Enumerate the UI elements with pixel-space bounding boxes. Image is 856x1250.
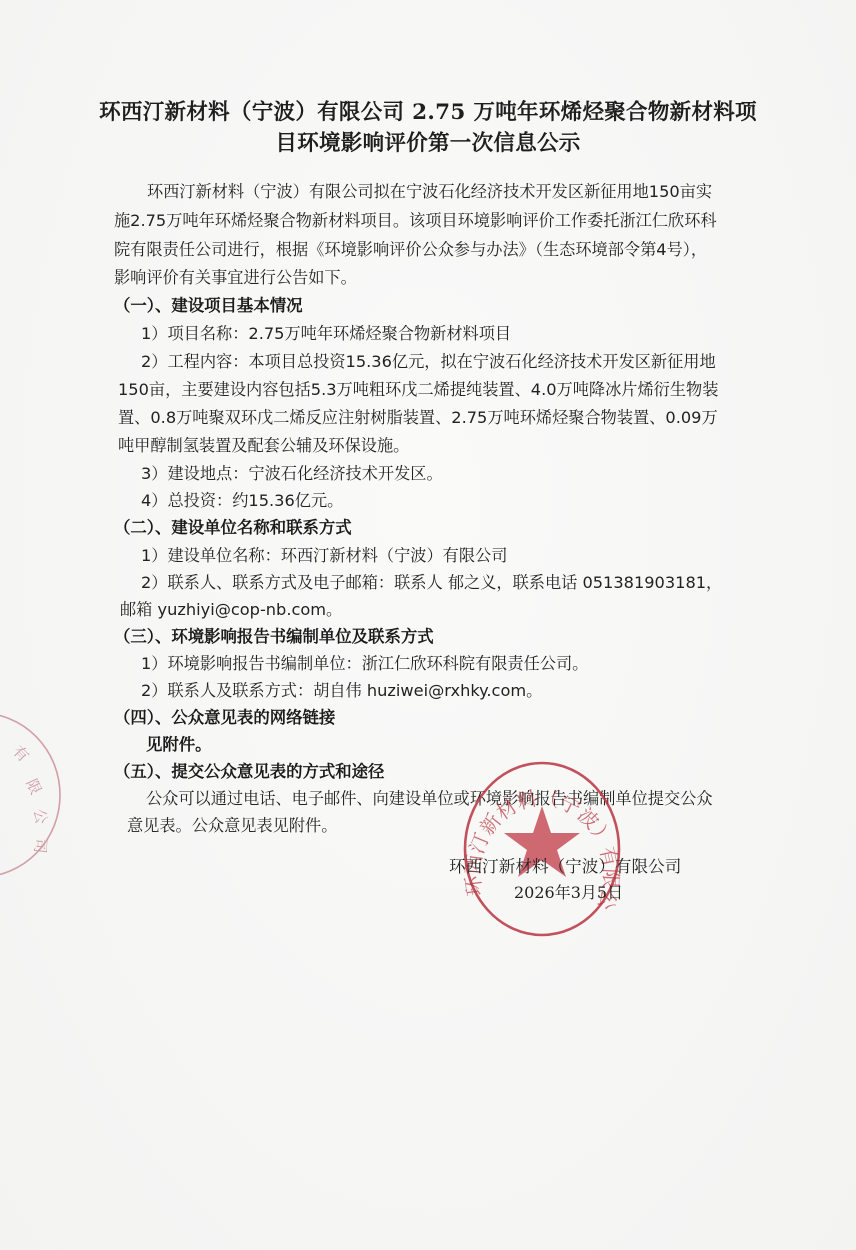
section-1-item-1: 1）项目名称：2.75万吨年环烯烃聚合物新材料项目 — [141, 320, 511, 344]
document-title-line-2: 目环境影响评价第一次信息公示 — [0, 126, 856, 157]
section-3-heading: （三）、环境影响报告书编制单位及联系方式 — [114, 623, 434, 647]
section-3-item-1: 1）环境影响报告书编制单位：浙江仁欣环科院有限责任公司。 — [141, 650, 588, 674]
signature-date: 2026年3月5日 — [514, 880, 623, 903]
section-2-heading: （二）、建设单位名称和联系方式 — [114, 514, 352, 538]
section-5-item-1-cont: 意见表。公众意见表见附件。 — [127, 812, 337, 836]
section-5-heading: （五）、提交公众意见表的方式和途径 — [114, 758, 384, 782]
section-1-item-2-cont-2: 置、0.8万吨聚双环戊二烯反应注射树脂装置、2.75万吨环烯烃聚合物装置、0.0… — [118, 404, 718, 428]
section-1-item-3: 3）建设地点：宁波石化经济技术开发区。 — [141, 460, 443, 484]
document-title-line-1: 环西汀新材料（宁波）有限公司 2.75 万吨年环烯烃聚合物新材料项 — [0, 95, 856, 126]
document-page: 环西汀新材料（宁波）有限公司 2.75 万吨年环烯烃聚合物新材料项 目环境影响评… — [0, 0, 856, 1250]
side-seal-char-4: 司 — [31, 838, 50, 855]
intro-line-1: 环西汀新材料（宁波）有限公司拟在宁波石化经济技术开发区新征用地150亩实 — [147, 178, 712, 202]
section-2-item-1: 1）建设单位名称：环西汀新材料（宁波）有限公司 — [141, 542, 507, 566]
section-2-item-2-cont: 邮箱 yuzhiyi@cop-nb.com。 — [120, 596, 342, 620]
signature-company: 环西汀新材料（宁波）有限公司 — [449, 853, 681, 877]
intro-line-4: 影响评价有关事宜进行公告如下。 — [114, 264, 357, 288]
section-1-item-4: 4）总投资：约15.36亿元。 — [141, 487, 343, 511]
intro-line-3: 院有限责任公司进行，根据《环境影响评价公众参与办法》（生态环境部令第4号）， — [114, 236, 707, 260]
side-seal-char-1: 有 — [9, 742, 32, 765]
section-3-item-2: 2）联系人及联系方式：胡自伟 huziwei@rxhky.com。 — [141, 677, 542, 701]
side-seal-char-2: 限 — [22, 776, 45, 797]
side-seal-stamp: 有 限 公 司 — [0, 710, 64, 880]
section-1-heading: （一）、建设项目基本情况 — [114, 292, 303, 316]
company-seal-stamp: 环西汀新材料（宁波）有限公司 — [462, 760, 622, 938]
intro-line-2: 施2.75万吨年环烯烃聚合物新材料项目。该项目环境影响评价工作委托浙江仁欣环科 — [114, 207, 717, 231]
section-1-item-2-cont-3: 吨甲醇制氢装置及配套公辅及环保设施。 — [118, 432, 409, 456]
side-seal-char-3: 公 — [30, 808, 50, 826]
section-1-item-2: 2）工程内容：本项目总投资15.36亿元，拟在宁波石化经济技术开发区新征用地 — [141, 348, 716, 372]
section-4-item-1: 见附件。 — [146, 731, 212, 755]
section-5-item-1: 公众可以通过电话、电子邮件、向建设单位或环境影响报告书编制单位提交公众 — [146, 785, 713, 809]
section-1-item-2-cont-1: 150亩，主要建设内容包括5.3万吨粗环戊二烯提纯装置、4.0万吨降冰片烯衍生物… — [118, 376, 718, 400]
section-4-heading: （四）、公众意见表的网络链接 — [114, 704, 335, 728]
section-2-item-2: 2）联系人、联系方式及电子邮箱：联系人 郁之义，联系电话 05138190318… — [141, 569, 722, 593]
